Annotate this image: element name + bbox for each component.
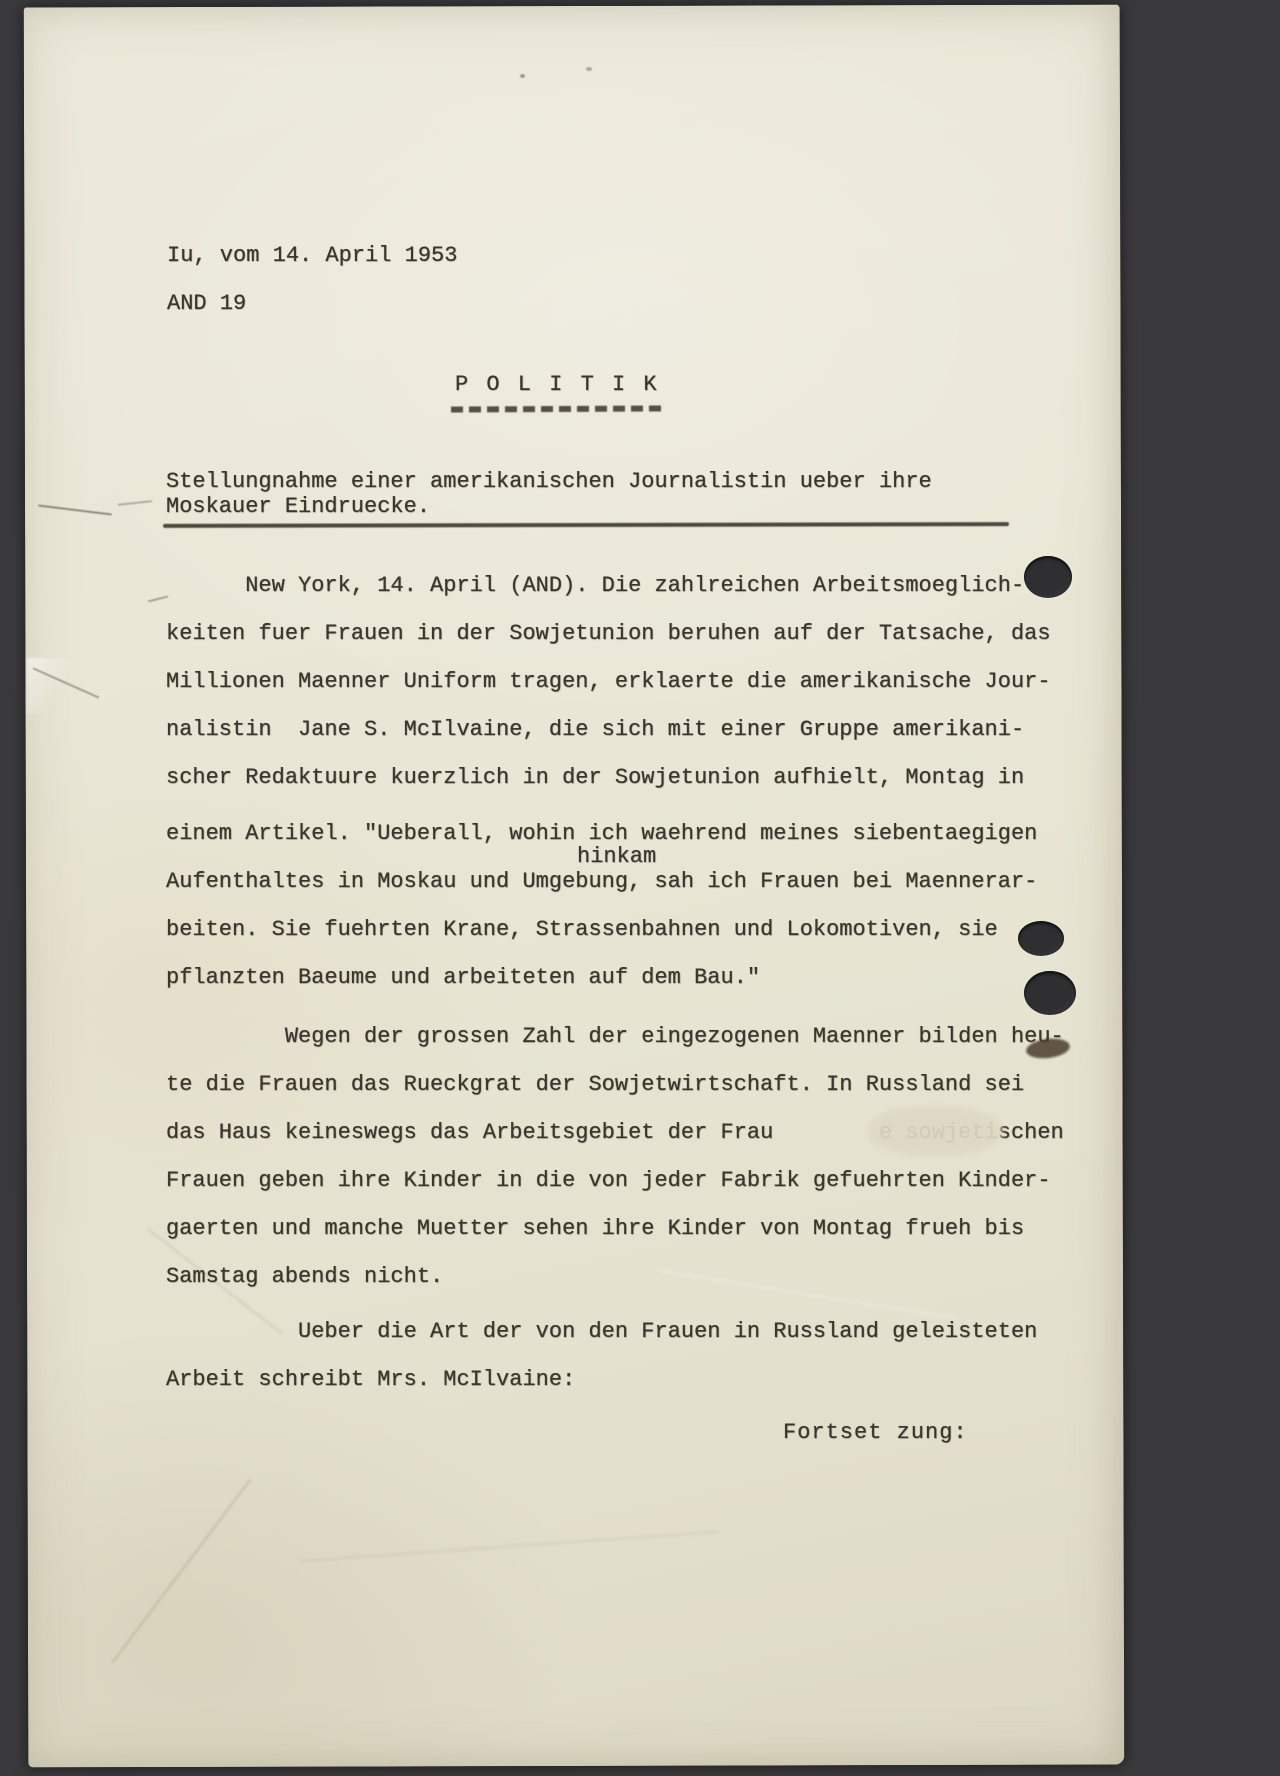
- typed-line: pflanzten Baeume und arbeiteten auf dem …: [166, 954, 1051, 1002]
- subject-line: Stellungnahme einer amerikanischen Journ…: [166, 469, 932, 494]
- typed-line: beiten. Sie fuehrten Krane, Strassenbahn…: [166, 906, 1051, 954]
- paper-damage-smudge: [868, 1106, 1002, 1156]
- paragraph-1: New York, 14. April (AND). Die zahlreich…: [166, 562, 1051, 1002]
- paragraph-3: Ueber die Art der von den Frauen in Russ…: [166, 1308, 1037, 1404]
- document-header: Iu, vom 14. April 1953 AND 19: [167, 232, 457, 328]
- typed-line: gaerten und manche Muetter sehen ihre Ki…: [166, 1205, 1064, 1253]
- typed-line: New York, 14. April (AND). Die zahlreich…: [166, 562, 1051, 610]
- typed-line: scher Redaktuure kuerzlich in der Sowjet…: [166, 754, 1051, 802]
- paper-speck: [586, 67, 592, 71]
- section-heading-underline: [451, 405, 663, 412]
- typed-line: Frauen geben ihre Kinder in die von jede…: [166, 1157, 1064, 1205]
- typed-line: nalistin Jane S. McIlvaine, die sich mit…: [166, 706, 1051, 754]
- section-heading: P O L I T I K: [455, 372, 659, 398]
- header-agency-line: AND 19: [167, 280, 457, 328]
- subject-line: Moskauer Eindruecke.: [166, 494, 932, 519]
- typed-line: keiten fuer Frauen in der Sowjetunion be…: [166, 610, 1051, 658]
- punch-hole: [1024, 971, 1076, 1015]
- scanned-document-page: Iu, vom 14. April 1953 AND 19 P O L I T …: [0, 0, 1280, 1776]
- typed-line: Wegen der grossen Zahl der eingezogenen …: [166, 1013, 1064, 1061]
- typed-line: Samstag abends nicht.: [166, 1253, 1064, 1301]
- paragraph-2: Wegen der grossen Zahl der eingezogenen …: [166, 1013, 1064, 1301]
- continuation-note: Fortset zung:: [783, 1419, 968, 1447]
- punch-hole: [1024, 556, 1072, 598]
- punch-hole: [1018, 921, 1064, 956]
- subject-block: Stellungnahme einer amerikanischen Journ…: [166, 469, 932, 519]
- typed-line: te die Frauen das Rueckgrat der Sowjetwi…: [166, 1061, 1064, 1109]
- typed-line: Arbeit schreibt Mrs. McIlvaine:: [166, 1356, 1037, 1404]
- typed-line: Millionen Maenner Uniform tragen, erklae…: [166, 658, 1051, 706]
- header-date-line: Iu, vom 14. April 1953: [167, 232, 457, 280]
- paper-speck: [520, 74, 525, 78]
- interline-insertion: hinkam: [577, 845, 656, 869]
- typed-line: Ueber die Art der von den Frauen in Russ…: [166, 1308, 1037, 1356]
- left-edge-tear: [27, 658, 91, 714]
